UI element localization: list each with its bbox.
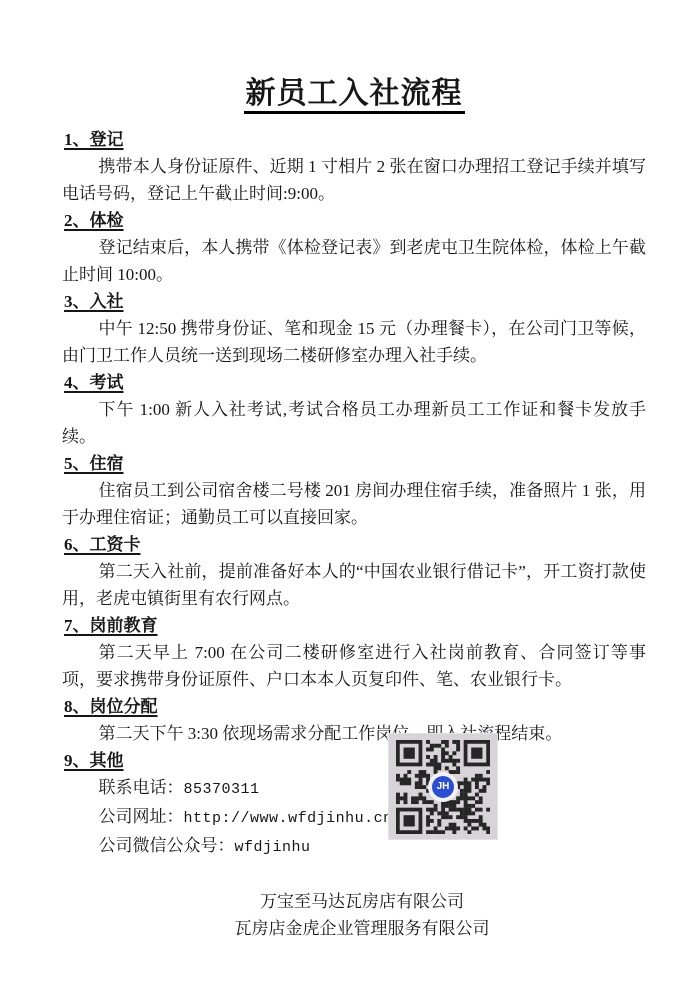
section-heading-4: 4、考试 [62, 369, 646, 396]
contact-wechat-label: 公司微信公众号： [99, 836, 235, 855]
section-heading-7: 7、岗前教育 [62, 612, 646, 639]
section-heading-6: 6、工资卡 [62, 531, 646, 558]
section-body-1: 携带本人身份证原件、近期 1 寸相片 2 张在窗口办理招工登记手续并填写电话号码… [62, 153, 646, 207]
section-heading-3: 3、入社 [62, 288, 646, 315]
section-body-3: 中午 12:50 携带身份证、笔和现金 15 元（办理餐卡），在公司门卫等候，由… [62, 315, 646, 369]
section-body-5: 住宿员工到公司宿舍楼二号楼 201 房间办理住宿手续，准备照片 1 张，用于办理… [62, 477, 646, 531]
section-body-4: 下午 1:00 新人入社考试,考试合格员工办理新员工工作证和餐卡发放手续。 [62, 396, 646, 450]
company-name-2: 瓦房店金虎企业管理服务有限公司 [78, 915, 646, 942]
contact-website-label: 公司网址： [99, 807, 184, 826]
contact-website: 公司网址：http://www.wfdjinhu.cn [62, 803, 646, 832]
company-footer: 万宝至马达瓦房店有限公司 瓦房店金虎企业管理服务有限公司 [62, 888, 646, 942]
section-heading-8: 8、岗位分配 [62, 693, 646, 720]
section-body-2: 登记结束后，本人携带《体检登记表》到老虎屯卫生院体检，体检上午截止时间 10:0… [62, 234, 646, 288]
section-heading-2: 2、体检 [62, 207, 646, 234]
section-body-6: 第二天入社前，提前准备好本人的“中国农业银行借记卡”，开工资打款使用，老虎屯镇街… [62, 558, 646, 612]
section-heading-1: 1、登记 [62, 126, 646, 153]
contact-phone: 联系电话：85370311 [62, 774, 646, 803]
section-heading-9: 9、其他 [62, 747, 646, 774]
document-page: 新员工入社流程 1、登记 携带本人身份证原件、近期 1 寸相片 2 张在窗口办理… [0, 0, 700, 942]
section-heading-5: 5、住宿 [62, 450, 646, 477]
qr-code-image: JH [388, 733, 498, 840]
section-body-8: 第二天下午 3:30 依现场需求分配工作岗位，即入社流程结束。 [62, 720, 646, 747]
contact-website-value: http://www.wfdjinhu.cn [184, 810, 393, 827]
qr-center-logo: JH [428, 772, 458, 802]
document-title: 新员工入社流程 [62, 76, 646, 112]
contact-wechat-value: wfdjinhu [235, 839, 311, 856]
contact-phone-value: 85370311 [184, 781, 260, 798]
contact-wechat: 公司微信公众号：wfdjinhu [62, 832, 646, 861]
jh-logo-badge: JH [432, 776, 454, 798]
contact-phone-label: 联系电话： [99, 778, 184, 797]
section-body-7: 第二天早上 7:00 在公司二楼研修室进行入社岗前教育、合同签订等事项，要求携带… [62, 639, 646, 693]
company-name-1: 万宝至马达瓦房店有限公司 [78, 888, 646, 915]
